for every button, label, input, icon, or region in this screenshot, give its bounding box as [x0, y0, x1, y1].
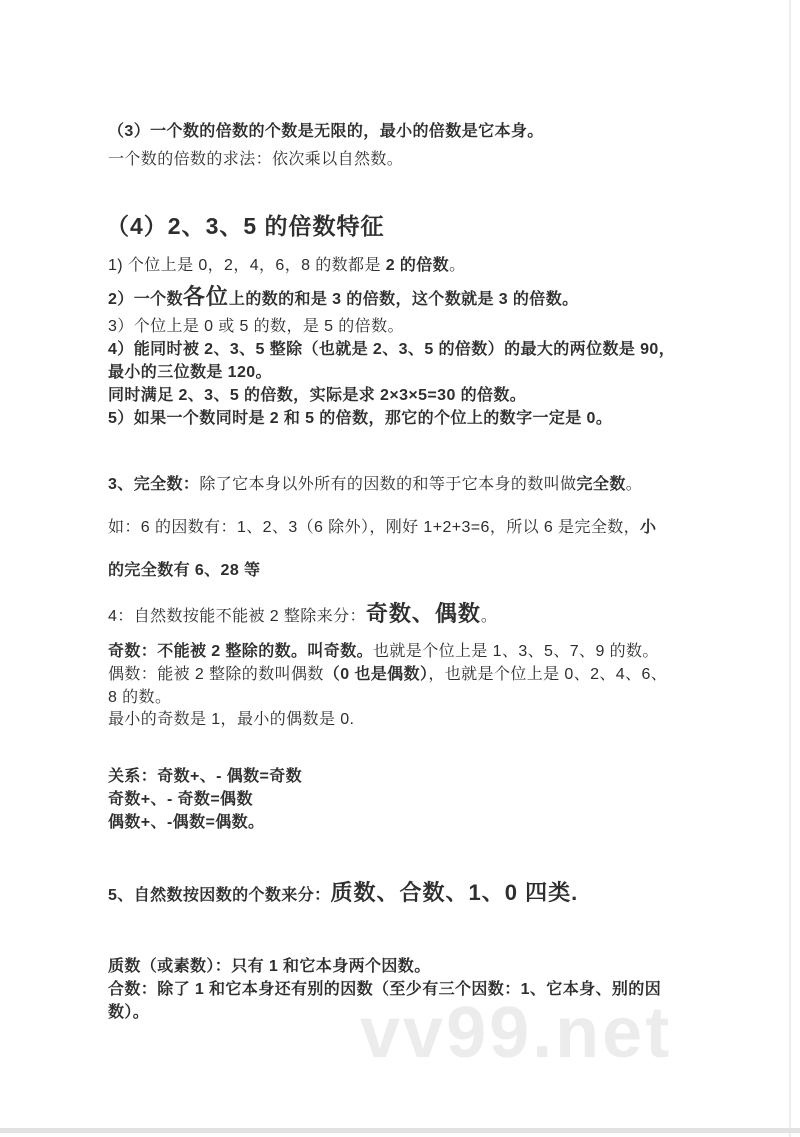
line-composite-def-l2: 数）。 — [108, 1001, 149, 1024]
line-multiples-method: 一个数的倍数的求法：依次乘以自然数。 — [108, 148, 403, 171]
text-run: 5、自然数按因数的个数来分： — [108, 887, 331, 904]
text-run-large: 各位 — [183, 284, 229, 309]
text-run: 奇数+、- 奇数=偶数 — [108, 791, 253, 808]
text-run: ，也就是个位上是 0、2、4、6、 — [428, 666, 667, 683]
line-rule-235-l1: 4）能同时被 2、3、5 整除（也就是 2、3、5 的倍数）的最大的两位数是 9… — [108, 338, 675, 361]
text-run: （3）一个数的倍数的个数是无限的，最小的倍数是它本身。 — [108, 123, 544, 140]
text-run-bold: 奇数：不能被 2 整除的数。叫奇数。 — [108, 643, 373, 660]
heading-text: （4）2、3、5 的倍数特征 — [106, 213, 385, 239]
text-run: 合数：除了 1 和它本身还有别的因数（至少有三个因数：1、它本身、别的因 — [108, 981, 661, 998]
line-rule-25: 5）如果一个数同时是 2 和 5 的倍数，那它的个位上的数字一定是 0。 — [108, 407, 612, 430]
text-run: 如：6 的因数有：1、2、3（6 除外），刚好 1+2+3=6，所以 6 是完全… — [108, 519, 640, 536]
line-rule-3: 2）一个数各位上的数的和是 3 的倍数，这个数就是 3 的倍数。 — [108, 283, 579, 313]
text-run: 数）。 — [108, 1004, 149, 1021]
text-run: 除了它本身以外所有的因数的和等于它本身的数叫做 — [199, 476, 576, 493]
document-page: vv99.net （3）一个数的倍数的个数是无限的，最小的倍数是它本身。 一个数… — [0, 0, 800, 1137]
text-run: 4）能同时被 2、3、5 整除（也就是 2、3、5 的倍数）的最大的两位数是 9… — [108, 341, 675, 358]
line-relation-2: 奇数+、- 奇数=偶数 — [108, 788, 253, 811]
text-run-large: 奇数、偶数 — [366, 601, 481, 626]
line-smallest-odd-even: 最小的奇数是 1，最小的偶数是 0. — [108, 708, 354, 731]
text-run: 偶数+、-偶数=偶数。 — [108, 814, 264, 831]
line-odd-def: 奇数：不能被 2 整除的数。叫奇数。也就是个位上是 1、3、5、7、9 的数。 — [108, 640, 659, 663]
line-classify-intro: 5、自然数按因数的个数来分：质数、合数、1、0 四类. — [108, 879, 578, 909]
text-run: 。 — [481, 608, 497, 625]
text-run: 上的数的和是 3 的倍数，这个数就是 3 的倍数。 — [229, 291, 579, 308]
text-run-bold: 3、完全数： — [108, 476, 199, 493]
line-relation-3: 偶数+、-偶数=偶数。 — [108, 811, 264, 834]
text-run: 2）一个数 — [108, 291, 183, 308]
line-relation-1: 关系：奇数+、- 偶数=奇数 — [108, 765, 302, 788]
text-run: 最小的三位数是 120。 — [108, 364, 272, 381]
line-even-def-l1: 偶数：能被 2 整除的数叫偶数（0 也是偶数），也就是个位上是 0、2、4、6、 — [108, 663, 667, 686]
text-run: 一个数的倍数的求法：依次乘以自然数。 — [108, 151, 403, 168]
line-rule-235-l2: 最小的三位数是 120。 — [108, 361, 272, 384]
text-run: 质数（或素数）：只有 1 和它本身两个因数。 — [108, 958, 431, 975]
line-perfect-example-l2: 的完全数有 6、28 等 — [108, 559, 260, 582]
text-run-bold: （0 也是偶数） — [324, 666, 429, 683]
page-right-edge — [789, 0, 791, 1137]
text-run: 。 — [626, 476, 642, 493]
line-oddeven-intro: 4：自然数按能不能被 2 整除来分：奇数、偶数。 — [108, 600, 497, 630]
line-rule-235-l3: 同时满足 2、3、5 的倍数，实际是求 2×3×5=30 的倍数。 — [108, 384, 526, 407]
line-perfect-def: 3、完全数：除了它本身以外所有的因数的和等于它本身的数叫做完全数。 — [108, 473, 642, 496]
text-run: 。 — [449, 257, 465, 274]
line-rule-5: 3）个位上是 0 或 5 的数，是 5 的倍数。 — [108, 315, 404, 338]
text-run: 3）个位上是 0 或 5 的数，是 5 的倍数。 — [108, 318, 404, 335]
text-run: 最小的奇数是 1，最小的偶数是 0. — [108, 711, 354, 728]
line-composite-def-l1: 合数：除了 1 和它本身还有别的因数（至少有三个因数：1、它本身、别的因 — [108, 978, 661, 1001]
page-bottom-divider — [0, 1128, 800, 1133]
heading-multiples-235: （4）2、3、5 的倍数特征 — [106, 212, 385, 240]
text-run-bold: 小 — [640, 519, 656, 536]
line-multiples-infinite: （3）一个数的倍数的个数是无限的，最小的倍数是它本身。 — [108, 120, 544, 143]
watermark: vv99.net — [360, 992, 672, 1074]
text-run: 5）如果一个数同时是 2 和 5 的倍数，那它的个位上的数字一定是 0。 — [108, 410, 612, 427]
text-run: 同时满足 2、3、5 的倍数，实际是求 2×3×5=30 的倍数。 — [108, 387, 526, 404]
text-run: 4：自然数按能不能被 2 整除来分： — [108, 608, 366, 625]
text-run-large: 质数、合数、1、0 四类. — [331, 880, 579, 905]
text-run: 8 的数。 — [108, 689, 171, 706]
line-prime-def: 质数（或素数）：只有 1 和它本身两个因数。 — [108, 955, 431, 978]
text-run: 1) 个位上是 0，2，4，6，8 的数都是 — [108, 257, 386, 274]
line-even-def-l2: 8 的数。 — [108, 686, 171, 709]
text-run-bold: 2 的倍数 — [386, 257, 449, 274]
text-run: 偶数：能被 2 整除的数叫偶数 — [108, 666, 324, 683]
line-rule-2: 1) 个位上是 0，2，4，6，8 的数都是 2 的倍数。 — [108, 254, 465, 277]
line-perfect-example-l1: 如：6 的因数有：1、2、3（6 除外），刚好 1+2+3=6，所以 6 是完全… — [108, 516, 656, 539]
text-run: 的完全数有 6、28 等 — [108, 562, 260, 579]
text-run: 关系：奇数+、- 偶数=奇数 — [108, 768, 302, 785]
text-run: 也就是个位上是 1、3、5、7、9 的数。 — [373, 643, 659, 660]
text-run-bold: 完全数 — [577, 476, 626, 493]
